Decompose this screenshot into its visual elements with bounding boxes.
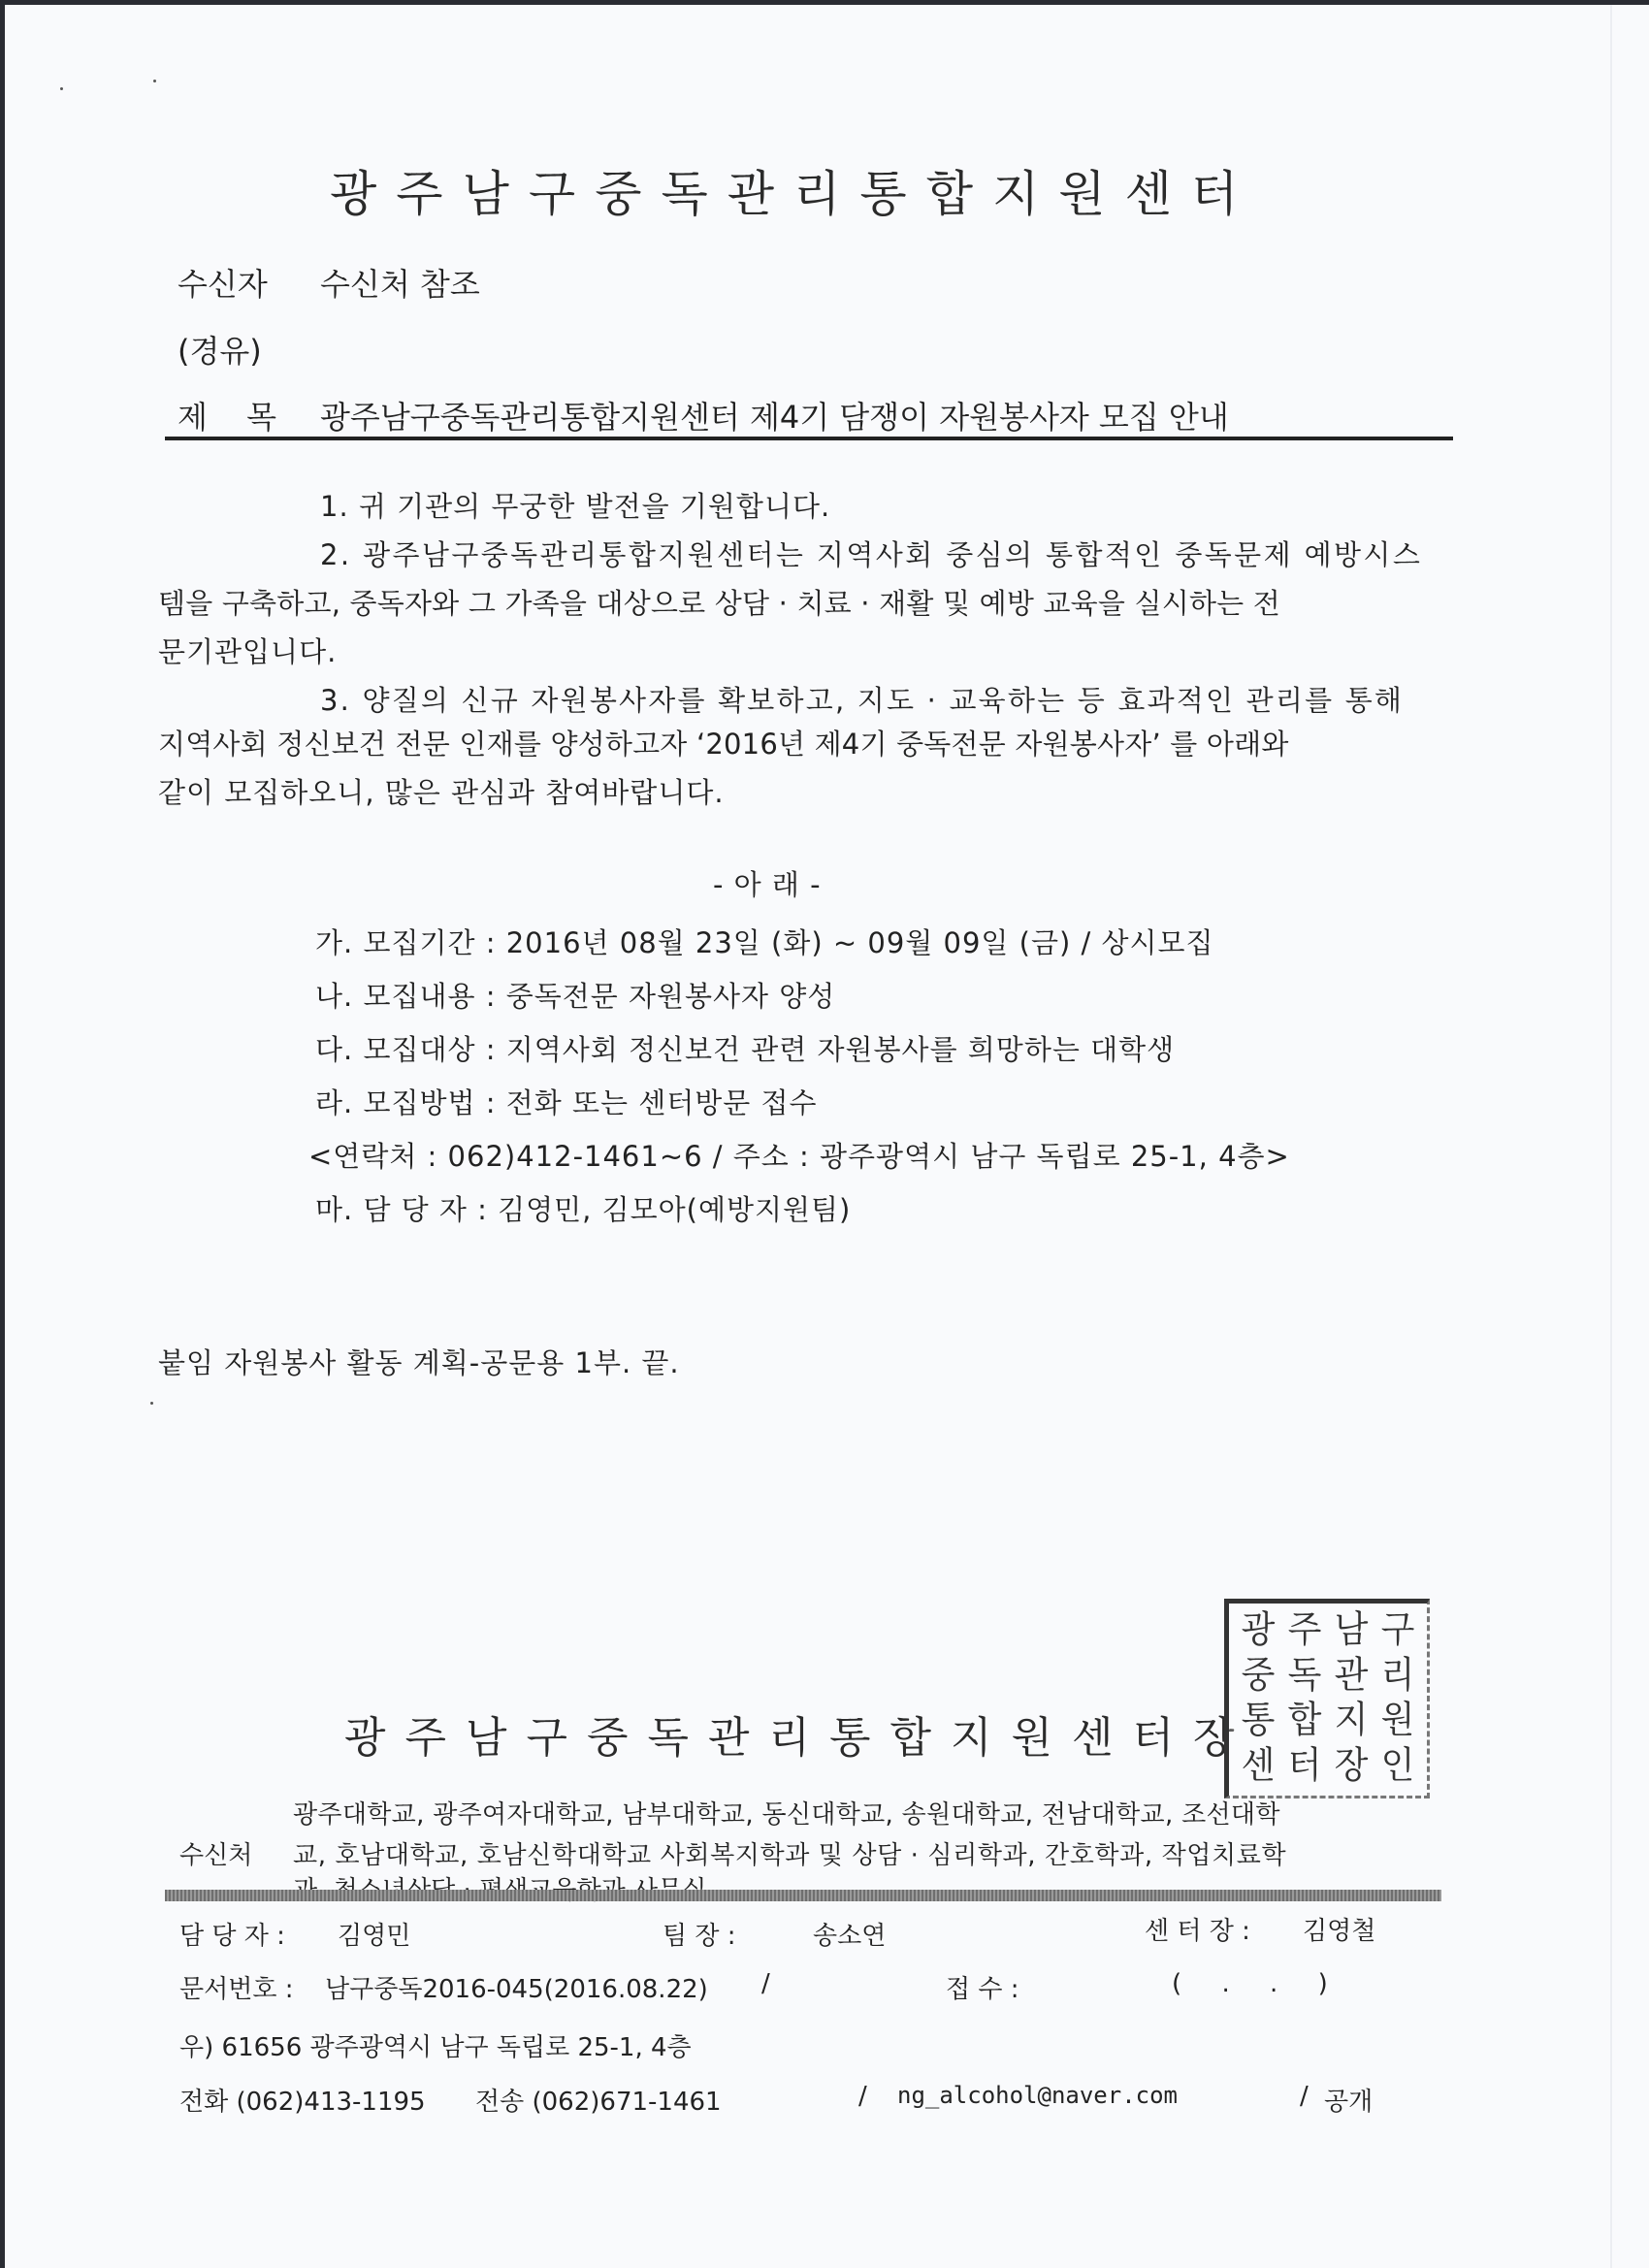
recipients-line-2: 교, 호남대학교, 호남신학대학교 사회복지학과 및 상담 · 심리학과, 간호… bbox=[293, 1835, 1286, 1871]
stamp-char: 독 bbox=[1281, 1653, 1328, 1701]
stamp-char: 합 bbox=[1281, 1699, 1328, 1746]
stamp-char: 중 bbox=[1235, 1653, 1281, 1701]
paragraph-3-line-3: 같이 모집하오니, 많은 관심과 참여바랍니다. bbox=[158, 771, 725, 811]
disclosure-status: 공개 bbox=[1324, 2082, 1373, 2118]
stamp-char: 지 bbox=[1328, 1699, 1374, 1746]
recipient-value: 수신처 참조 bbox=[320, 260, 480, 305]
scan-speck bbox=[153, 80, 156, 82]
stamp-char: 관 bbox=[1328, 1653, 1374, 1701]
item-target: 다. 모집대상 : 지역사회 정신보건 관련 자원봉사를 희망하는 대학생 bbox=[315, 1028, 1175, 1068]
scan-seam bbox=[1610, 5, 1612, 2268]
team-lead-label: 팀 장 : bbox=[663, 1916, 736, 1952]
document-header-title: 광주남구중독관리통합지원센터 bbox=[330, 155, 1257, 225]
stamp-char: 남 bbox=[1328, 1608, 1374, 1656]
postal-address: 우) 61656 광주광역시 남구 독립로 25-1, 4층 bbox=[179, 2027, 692, 2063]
paragraph-2-line-3: 문기관입니다. bbox=[158, 631, 337, 670]
recipients-line-1: 광주대학교, 광주여자대학교, 남부대학교, 동신대학교, 송원대학교, 전남대… bbox=[293, 1795, 1280, 1831]
stamp-char: 원 bbox=[1374, 1699, 1421, 1746]
scan-speck bbox=[150, 1402, 153, 1405]
manager-value: 김영민 bbox=[338, 1916, 410, 1952]
scan-border-left bbox=[0, 0, 5, 2268]
item-contact: <연락처 : 062)412-1461~6 / 주소 : 광주광역시 남구 독립… bbox=[308, 1135, 1290, 1175]
phone-number: 전화 (062)413-1195 bbox=[179, 2082, 426, 2118]
doc-number-separator: / bbox=[761, 1969, 770, 1998]
item-staff: 마. 담 당 자 : 김영민, 김모아(예방지원팀) bbox=[315, 1188, 851, 1228]
stamp-char: 장 bbox=[1328, 1743, 1374, 1791]
scan-border-top bbox=[0, 0, 1649, 5]
fax-number: 전송 (062)671-1461 bbox=[475, 2082, 722, 2118]
recipient-label: 수신자 bbox=[178, 260, 268, 305]
disclosure-separator: / bbox=[1300, 2082, 1309, 2111]
receipt-value: ( . . ) bbox=[1172, 1969, 1328, 1998]
stamp-char: 주 bbox=[1281, 1608, 1328, 1656]
email-separator: / bbox=[858, 2082, 867, 2111]
doc-number-label: 문서번호 : bbox=[179, 1969, 294, 2005]
header-divider bbox=[165, 437, 1453, 440]
receipt-label: 접 수 : bbox=[946, 1969, 1019, 2005]
paragraph-2-line-1: 2. 광주남구중독관리통합지원센터는 지역사회 중심의 통합적인 중독문제 예방… bbox=[320, 534, 1422, 573]
stamp-char: 센 bbox=[1235, 1743, 1281, 1791]
director-value: 김영철 bbox=[1303, 1911, 1375, 1947]
section-heading: - 아 래 - bbox=[713, 863, 822, 903]
recipients-label: 수신처 bbox=[179, 1835, 252, 1871]
stamp-char: 통 bbox=[1235, 1699, 1281, 1746]
sender-title: 광주남구중독관리통합지원센터장 bbox=[344, 1702, 1254, 1765]
director-label: 센 터 장 : bbox=[1145, 1911, 1250, 1947]
scan-speck bbox=[60, 87, 63, 90]
paragraph-1: 1. 귀 기관의 무궁한 발전을 기원합니다. bbox=[320, 485, 830, 525]
subject-value: 광주남구중독관리통합지원센터 제4기 담쟁이 자원봉사자 모집 안내 bbox=[320, 393, 1229, 437]
attachment-note: 붙임 자원봉사 활동 계획-공문용 1부. 끝. bbox=[158, 1342, 680, 1381]
stamp-char: 인 bbox=[1374, 1743, 1421, 1791]
paragraph-3-line-2: 지역사회 정신보건 전문 인재를 양성하고자 ‘2016년 제4기 중독전문 자… bbox=[158, 723, 1289, 762]
paragraph-3-line-1: 3. 양질의 신규 자원봉사자를 확보하고, 지도 · 교육하는 등 효과적인 … bbox=[320, 679, 1404, 719]
via-label: (경유) bbox=[178, 327, 262, 372]
item-period: 가. 모집기간 : 2016년 08월 23일 (화) ~ 09월 09일 (금… bbox=[315, 922, 1214, 961]
team-lead-value: 송소연 bbox=[813, 1916, 886, 1952]
stamp-char: 리 bbox=[1374, 1653, 1421, 1701]
item-content: 나. 모집내용 : 중독전문 자원봉사자 양성 bbox=[315, 975, 835, 1015]
manager-label: 담 당 자 : bbox=[179, 1916, 285, 1952]
stamp-char: 구 bbox=[1374, 1608, 1421, 1656]
item-method: 라. 모집방법 : 전화 또는 센터방문 접수 bbox=[315, 1082, 818, 1121]
stamp-char: 광 bbox=[1235, 1608, 1281, 1656]
footer-divider bbox=[165, 1890, 1441, 1901]
stamp-char: 터 bbox=[1281, 1743, 1328, 1791]
doc-number-value: 남구중독2016-045(2016.08.22) bbox=[325, 1969, 708, 2005]
official-seal-stamp: 광 주 남 구 중 독 관 리 통 합 지 원 센 터 장 인 bbox=[1224, 1599, 1430, 1798]
paragraph-2-line-2: 템을 구축하고, 중독자와 그 가족을 대상으로 상담 · 치료 · 재활 및 … bbox=[158, 582, 1280, 622]
email-address: ng_alcohol@naver.com bbox=[897, 2082, 1178, 2109]
subject-label: 제 목 bbox=[178, 393, 276, 437]
